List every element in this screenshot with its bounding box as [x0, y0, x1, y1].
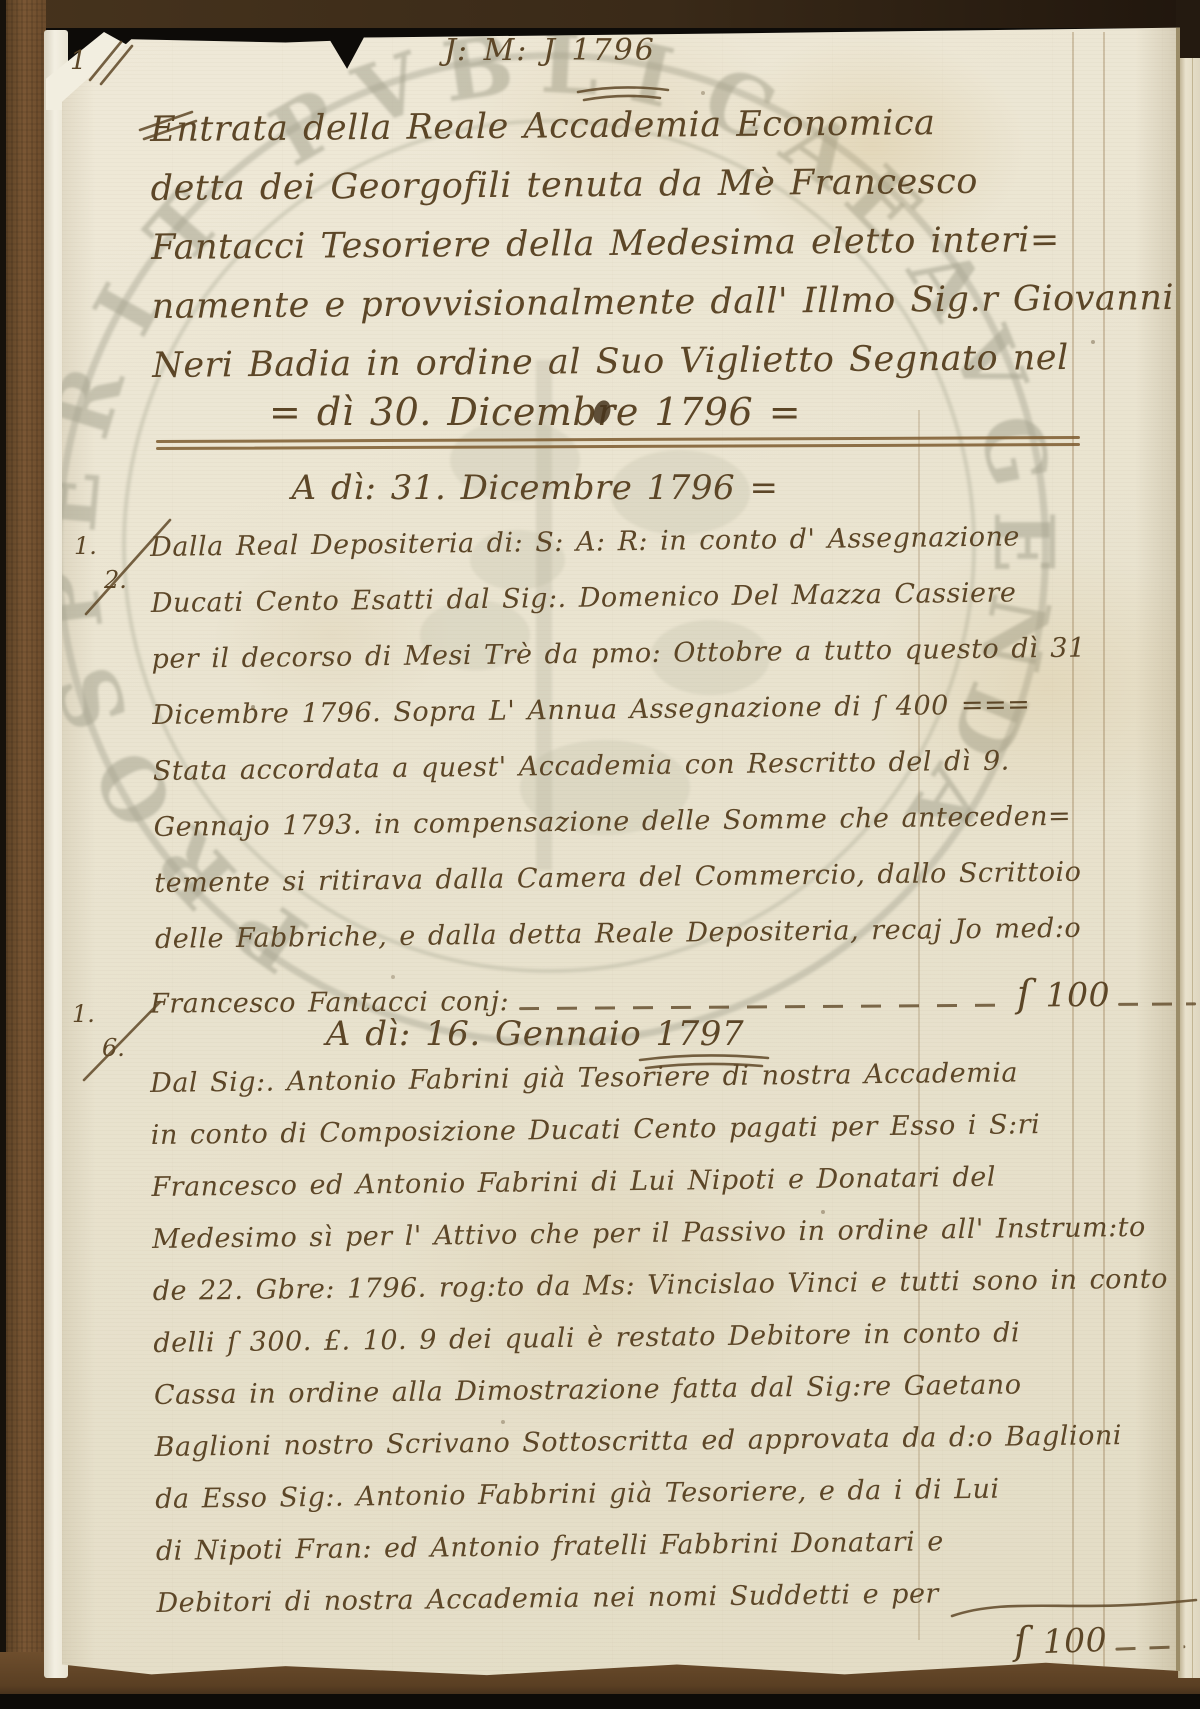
manuscript-line: delle Fabbriche, e dalla detta Reale Dep… — [155, 914, 936, 980]
section-heading-1: A dì: 31. Dicembre 1796 = — [150, 468, 920, 508]
binding-spine — [6, 0, 46, 1709]
margin-ref: 1. — [72, 1000, 95, 1028]
entry-2-total-row: ſ 100 — [1013, 1613, 1196, 1663]
invocation: J: M: J 1796 — [385, 33, 715, 68]
dash-tail — [1118, 1002, 1196, 1006]
dash-tail — [1115, 1645, 1185, 1650]
folio-number: 1 — [70, 46, 87, 76]
currency-sign: ſ — [1013, 1619, 1029, 1663]
manuscript-line: Dalla Real Depositeria di: S: A: R: in c… — [150, 522, 931, 588]
binding-top — [0, 0, 1200, 28]
manuscript-line: Stata accordata a quest' Accademia con R… — [153, 746, 934, 812]
margin-ref: 1. — [74, 532, 97, 560]
manuscript-line: Entrata della Reale Accademia Economica — [150, 103, 930, 169]
section-heading-2: A dì: 16. Gennaio 1797 — [150, 1014, 920, 1054]
manuscript-line: Fantacci Tesoriere della Medesima eletto… — [151, 221, 931, 287]
margin-ref: 6. — [102, 1034, 125, 1062]
manuscript-line: Gennajo 1793. in compensazione delle Som… — [153, 802, 934, 868]
manuscript-line: Debitori di nostra Accademia nei nomi Su… — [156, 1578, 957, 1640]
amount-1: ſ 100 — [1017, 971, 1110, 1016]
manuscript-scan: PROSPERITPVBLICAEAVGENDA 1 J: M: J 1796 … — [0, 0, 1200, 1709]
margin-ref: 2. — [104, 566, 127, 594]
manuscript-line: Dicembre 1796. Sopra L' Annua Assegnazio… — [152, 690, 933, 756]
manuscript-line: temente si ritirava dalla Camera del Com… — [154, 858, 935, 924]
entry-1-lines: Dalla Real Depositeria di: S: A: R: in c… — [150, 522, 935, 979]
manuscript-line: namente e provvisionalmente dall' Illmo … — [152, 280, 932, 346]
entry-2-lines: Dal Sig:. Antonio Fabrini già Tesoriere … — [150, 1058, 957, 1640]
title-block: Entrata della Reale Accademia Economicad… — [150, 103, 933, 405]
amount-2: ſ 100 — [1013, 1616, 1108, 1663]
dash-fill — [519, 1004, 1007, 1010]
currency-sign: ſ — [1017, 971, 1032, 1015]
manuscript-line: Ducati Cento Esatti dal Sig:. Domenico D… — [151, 578, 932, 644]
manuscript-line: detta dei Georgofili tenuta da Mè France… — [151, 162, 931, 228]
page-edge-line — [1176, 26, 1180, 1676]
next-page-edge-line — [1192, 58, 1193, 1678]
next-page-edge — [1178, 58, 1200, 1678]
date-line: = dì 30. Dicembre 1796 = — [150, 390, 920, 434]
scan-edge-bottom — [0, 1694, 1200, 1709]
manuscript-line: per il decorso di Mesi Trè da pmo: Ottob… — [151, 634, 932, 700]
